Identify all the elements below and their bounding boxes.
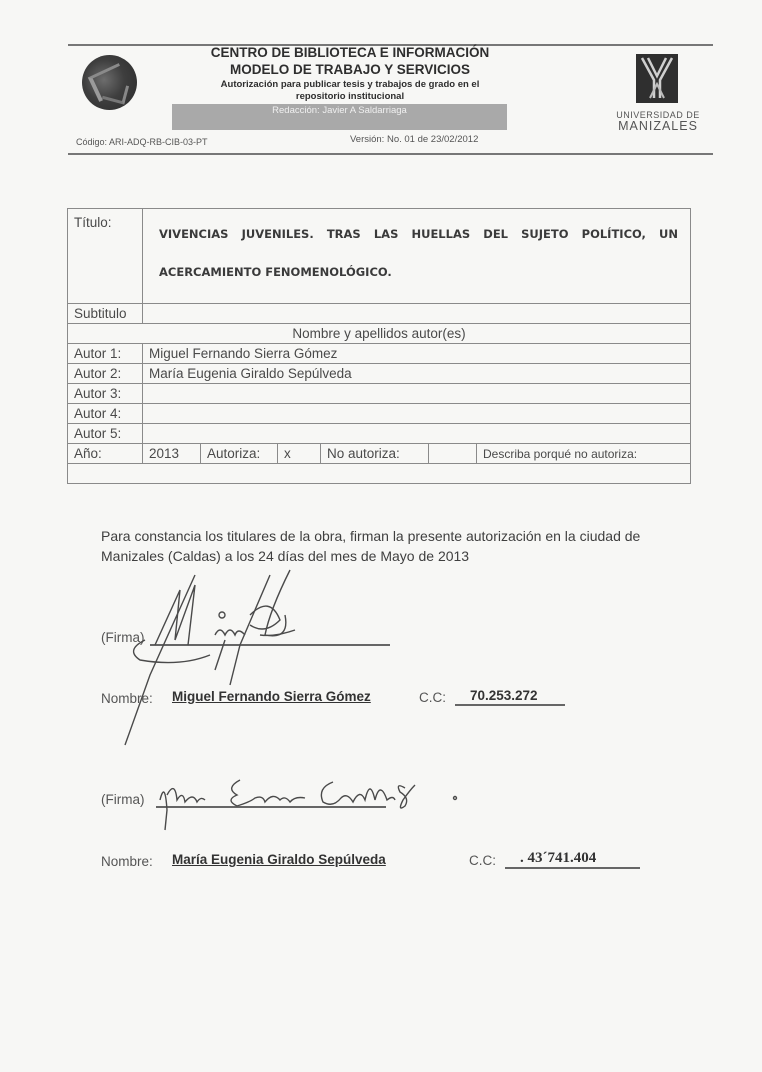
author-row: Autor 2: María Eugenia Giraldo Sepúlveda	[68, 364, 691, 384]
anio-label: Año:	[68, 444, 143, 464]
subtitulo-row: Subtitulo	[68, 304, 691, 324]
author-row: Autor 4:	[68, 404, 691, 424]
describa-value[interactable]	[68, 464, 691, 484]
describa-label: Describa porqué no autoriza:	[477, 444, 691, 464]
authors-header: Nombre y apellidos autor(es)	[68, 324, 691, 344]
authors-header-row: Nombre y apellidos autor(es)	[68, 324, 691, 344]
firma-label-1: (Firma)	[101, 630, 145, 645]
authorization-form-table: Título: VIVENCIAS JUVENILES. TRAS LAS HU…	[67, 208, 691, 484]
signature-2-icon	[155, 770, 475, 835]
year-authorization-row: Año: 2013 Autoriza: x No autoriza: Descr…	[68, 444, 691, 464]
author-value	[143, 424, 691, 444]
nombre-label-1: Nombre:	[101, 691, 153, 706]
author-label: Autor 1:	[68, 344, 143, 364]
university-logo-icon	[636, 54, 678, 103]
authorization-statement: Para constancia los titulares de la obra…	[101, 526, 701, 566]
nombre-label-2: Nombre:	[101, 854, 153, 869]
author-label: Autor 5:	[68, 424, 143, 444]
cc-value-2: . 43´741.404	[520, 850, 596, 867]
firma-label-2: (Firma)	[101, 792, 145, 807]
cc-line-1	[455, 704, 565, 706]
nombre-value-1: Miguel Fernando Sierra Gómez	[172, 689, 371, 704]
author-value	[143, 404, 691, 424]
nombre-value-2: María Eugenia Giraldo Sepúlveda	[172, 852, 386, 867]
author-row: Autor 5:	[68, 424, 691, 444]
author-value	[143, 384, 691, 404]
library-logo	[82, 55, 137, 110]
author-row: Autor 3:	[68, 384, 691, 404]
header-subtitle-line2: repositorio institucional	[160, 91, 540, 102]
author-row: Autor 1: Miguel Fernando Sierra Gómez	[68, 344, 691, 364]
author-label: Autor 4:	[68, 404, 143, 424]
author-label: Autor 2:	[68, 364, 143, 384]
signature-line-2	[156, 806, 386, 808]
cc-line-2	[505, 867, 640, 869]
header-title-line1: CENTRO DE BIBLIOTECA E INFORMACIÓN	[160, 45, 540, 60]
redaccion-banner: Redacción: Javier A Saldarriaga	[172, 104, 507, 130]
cc-label-1: C.C:	[419, 690, 446, 705]
no-autoriza-checkbox[interactable]	[429, 444, 477, 464]
describa-row	[68, 464, 691, 484]
document-version: Versión: No. 01 de 23/02/2012	[350, 134, 478, 145]
signature-1-icon	[120, 565, 330, 755]
titulo-value: VIVENCIAS JUVENILES. TRAS LAS HUELLAS DE…	[149, 215, 684, 291]
no-autoriza-label: No autoriza:	[321, 444, 429, 464]
signature-line-1	[150, 644, 390, 646]
subtitulo-value	[143, 304, 691, 324]
cc-value-1: 70.253.272	[470, 688, 538, 703]
autoriza-checkbox[interactable]: x	[278, 444, 321, 464]
header-subtitle-line1: Autorización para publicar tesis y traba…	[160, 79, 540, 90]
titulo-label: Título:	[68, 209, 143, 304]
author-value: Miguel Fernando Sierra Gómez	[143, 344, 691, 364]
anio-value: 2013	[143, 444, 201, 464]
titulo-row: Título: VIVENCIAS JUVENILES. TRAS LAS HU…	[68, 209, 691, 304]
university-name-line2: MANIZALES	[603, 119, 713, 133]
cc-label-2: C.C:	[469, 853, 496, 868]
author-label: Autor 3:	[68, 384, 143, 404]
subtitulo-label: Subtitulo	[68, 304, 143, 324]
document-code: Código: ARI-ADQ-RB-CIB-03-PT	[76, 137, 208, 147]
header-title-line2: MODELO DE TRABAJO Y SERVICIOS	[160, 62, 540, 77]
header-bottom-rule	[68, 153, 713, 155]
author-value: María Eugenia Giraldo Sepúlveda	[143, 364, 691, 384]
titulo-value-cell: VIVENCIAS JUVENILES. TRAS LAS HUELLAS DE…	[143, 209, 691, 304]
autoriza-label: Autoriza:	[201, 444, 278, 464]
